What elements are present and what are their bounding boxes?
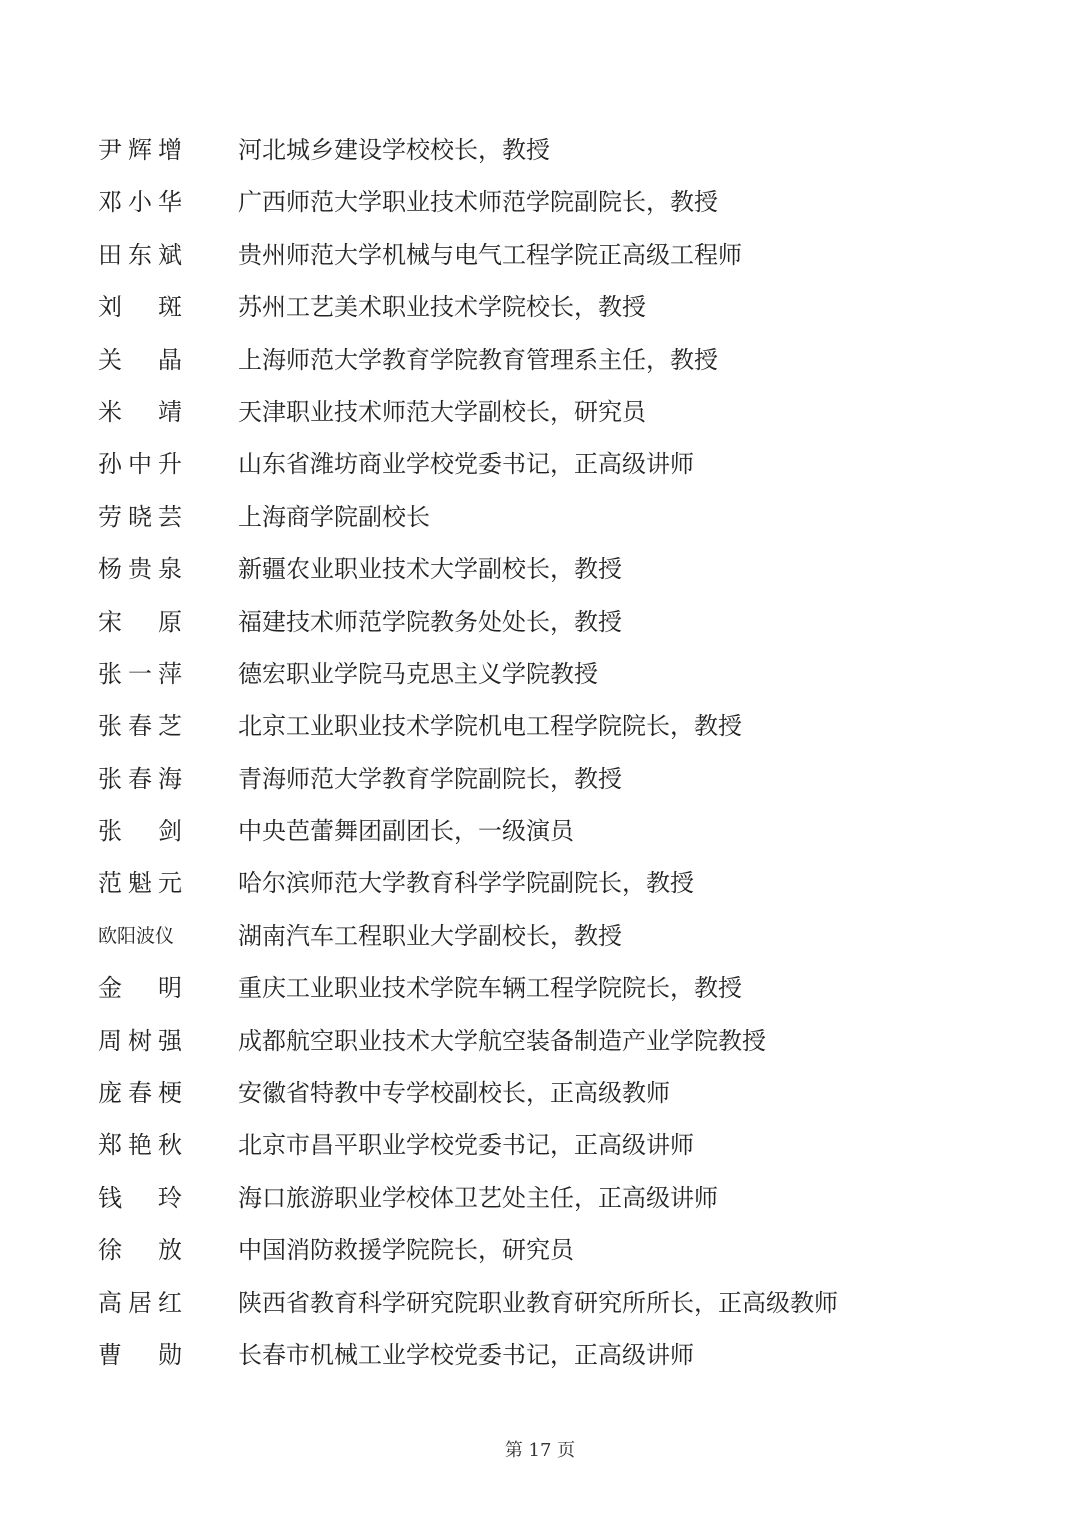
member-name: 尹辉增 (98, 130, 182, 170)
member-title: 山东省潍坊商业学校党委书记，正高级讲师 (238, 444, 694, 484)
member-title: 贵州师范大学机械与电气工程学院正高级工程师 (238, 235, 742, 275)
member-title: 中国消防救援学院院长，研究员 (238, 1230, 574, 1270)
member-name: 劳晓芸 (98, 497, 182, 537)
member-title: 河北城乡建设学校校长，教授 (238, 130, 550, 170)
member-title: 安徽省特教中专学校副校长，正高级教师 (238, 1073, 670, 1113)
member-title: 天津职业技术师范大学副校长，研究员 (238, 392, 646, 432)
member-title: 海口旅游职业学校体卫艺处主任，正高级讲师 (238, 1178, 718, 1218)
member-title: 陕西省教育科学研究院职业教育研究所所长，正高级教师 (238, 1283, 838, 1323)
member-title: 上海师范大学教育学院教育管理系主任，教授 (238, 340, 718, 380)
member-title: 新疆农业职业技术大学副校长，教授 (238, 549, 622, 589)
member-title: 重庆工业职业技术学院车辆工程学院院长，教授 (238, 968, 742, 1008)
member-title: 北京市昌平职业学校党委书记，正高级讲师 (238, 1125, 694, 1165)
member-name: 金明 (98, 968, 182, 1008)
member-title: 中央芭蕾舞团副团长，一级演员 (238, 811, 574, 851)
member-title: 青海师范大学教育学院副院长，教授 (238, 759, 622, 799)
member-name: 张一萍 (98, 654, 182, 694)
member-name: 周树强 (98, 1021, 182, 1061)
member-title: 福建技术师范学院教务处处长，教授 (238, 602, 622, 642)
member-title: 北京工业职业技术学院机电工程学院院长，教授 (238, 706, 742, 746)
member-name: 刘斑 (98, 287, 182, 327)
member-name: 曹勋 (98, 1335, 182, 1375)
member-name: 钱玲 (98, 1178, 182, 1218)
member-name: 郑艳秋 (98, 1125, 182, 1165)
member-name: 田东斌 (98, 235, 182, 275)
member-name: 高居红 (98, 1283, 182, 1323)
member-name: 杨贵泉 (98, 549, 182, 589)
member-title: 上海商学院副校长 (238, 497, 430, 537)
member-title: 长春市机械工业学校党委书记，正高级讲师 (238, 1335, 694, 1375)
member-name: 宋原 (98, 602, 182, 642)
member-name: 米靖 (98, 392, 182, 432)
member-name: 庞春梗 (98, 1073, 182, 1113)
member-name: 徐放 (98, 1230, 182, 1270)
member-name: 关晶 (98, 340, 182, 380)
member-title: 成都航空职业技术大学航空装备制造产业学院教授 (238, 1021, 766, 1061)
member-name: 张春海 (98, 759, 182, 799)
member-title: 哈尔滨师范大学教育科学学院副院长，教授 (238, 863, 694, 903)
member-title: 广西师范大学职业技术师范学院副院长，教授 (238, 182, 718, 222)
page-number: 第 17 页 (0, 1436, 1080, 1462)
member-name: 张春芝 (98, 706, 182, 746)
member-name: 范魁元 (98, 863, 182, 903)
member-title: 湖南汽车工程职业大学副校长，教授 (238, 916, 622, 956)
member-name: 张剑 (98, 811, 182, 851)
member-name: 孙中升 (98, 444, 182, 484)
member-name: 欧阳波仪 (98, 916, 182, 956)
member-title: 苏州工艺美术职业技术学院校长，教授 (238, 287, 646, 327)
member-title: 德宏职业学院马克思主义学院教授 (238, 654, 598, 694)
member-name: 邓小华 (98, 182, 182, 222)
